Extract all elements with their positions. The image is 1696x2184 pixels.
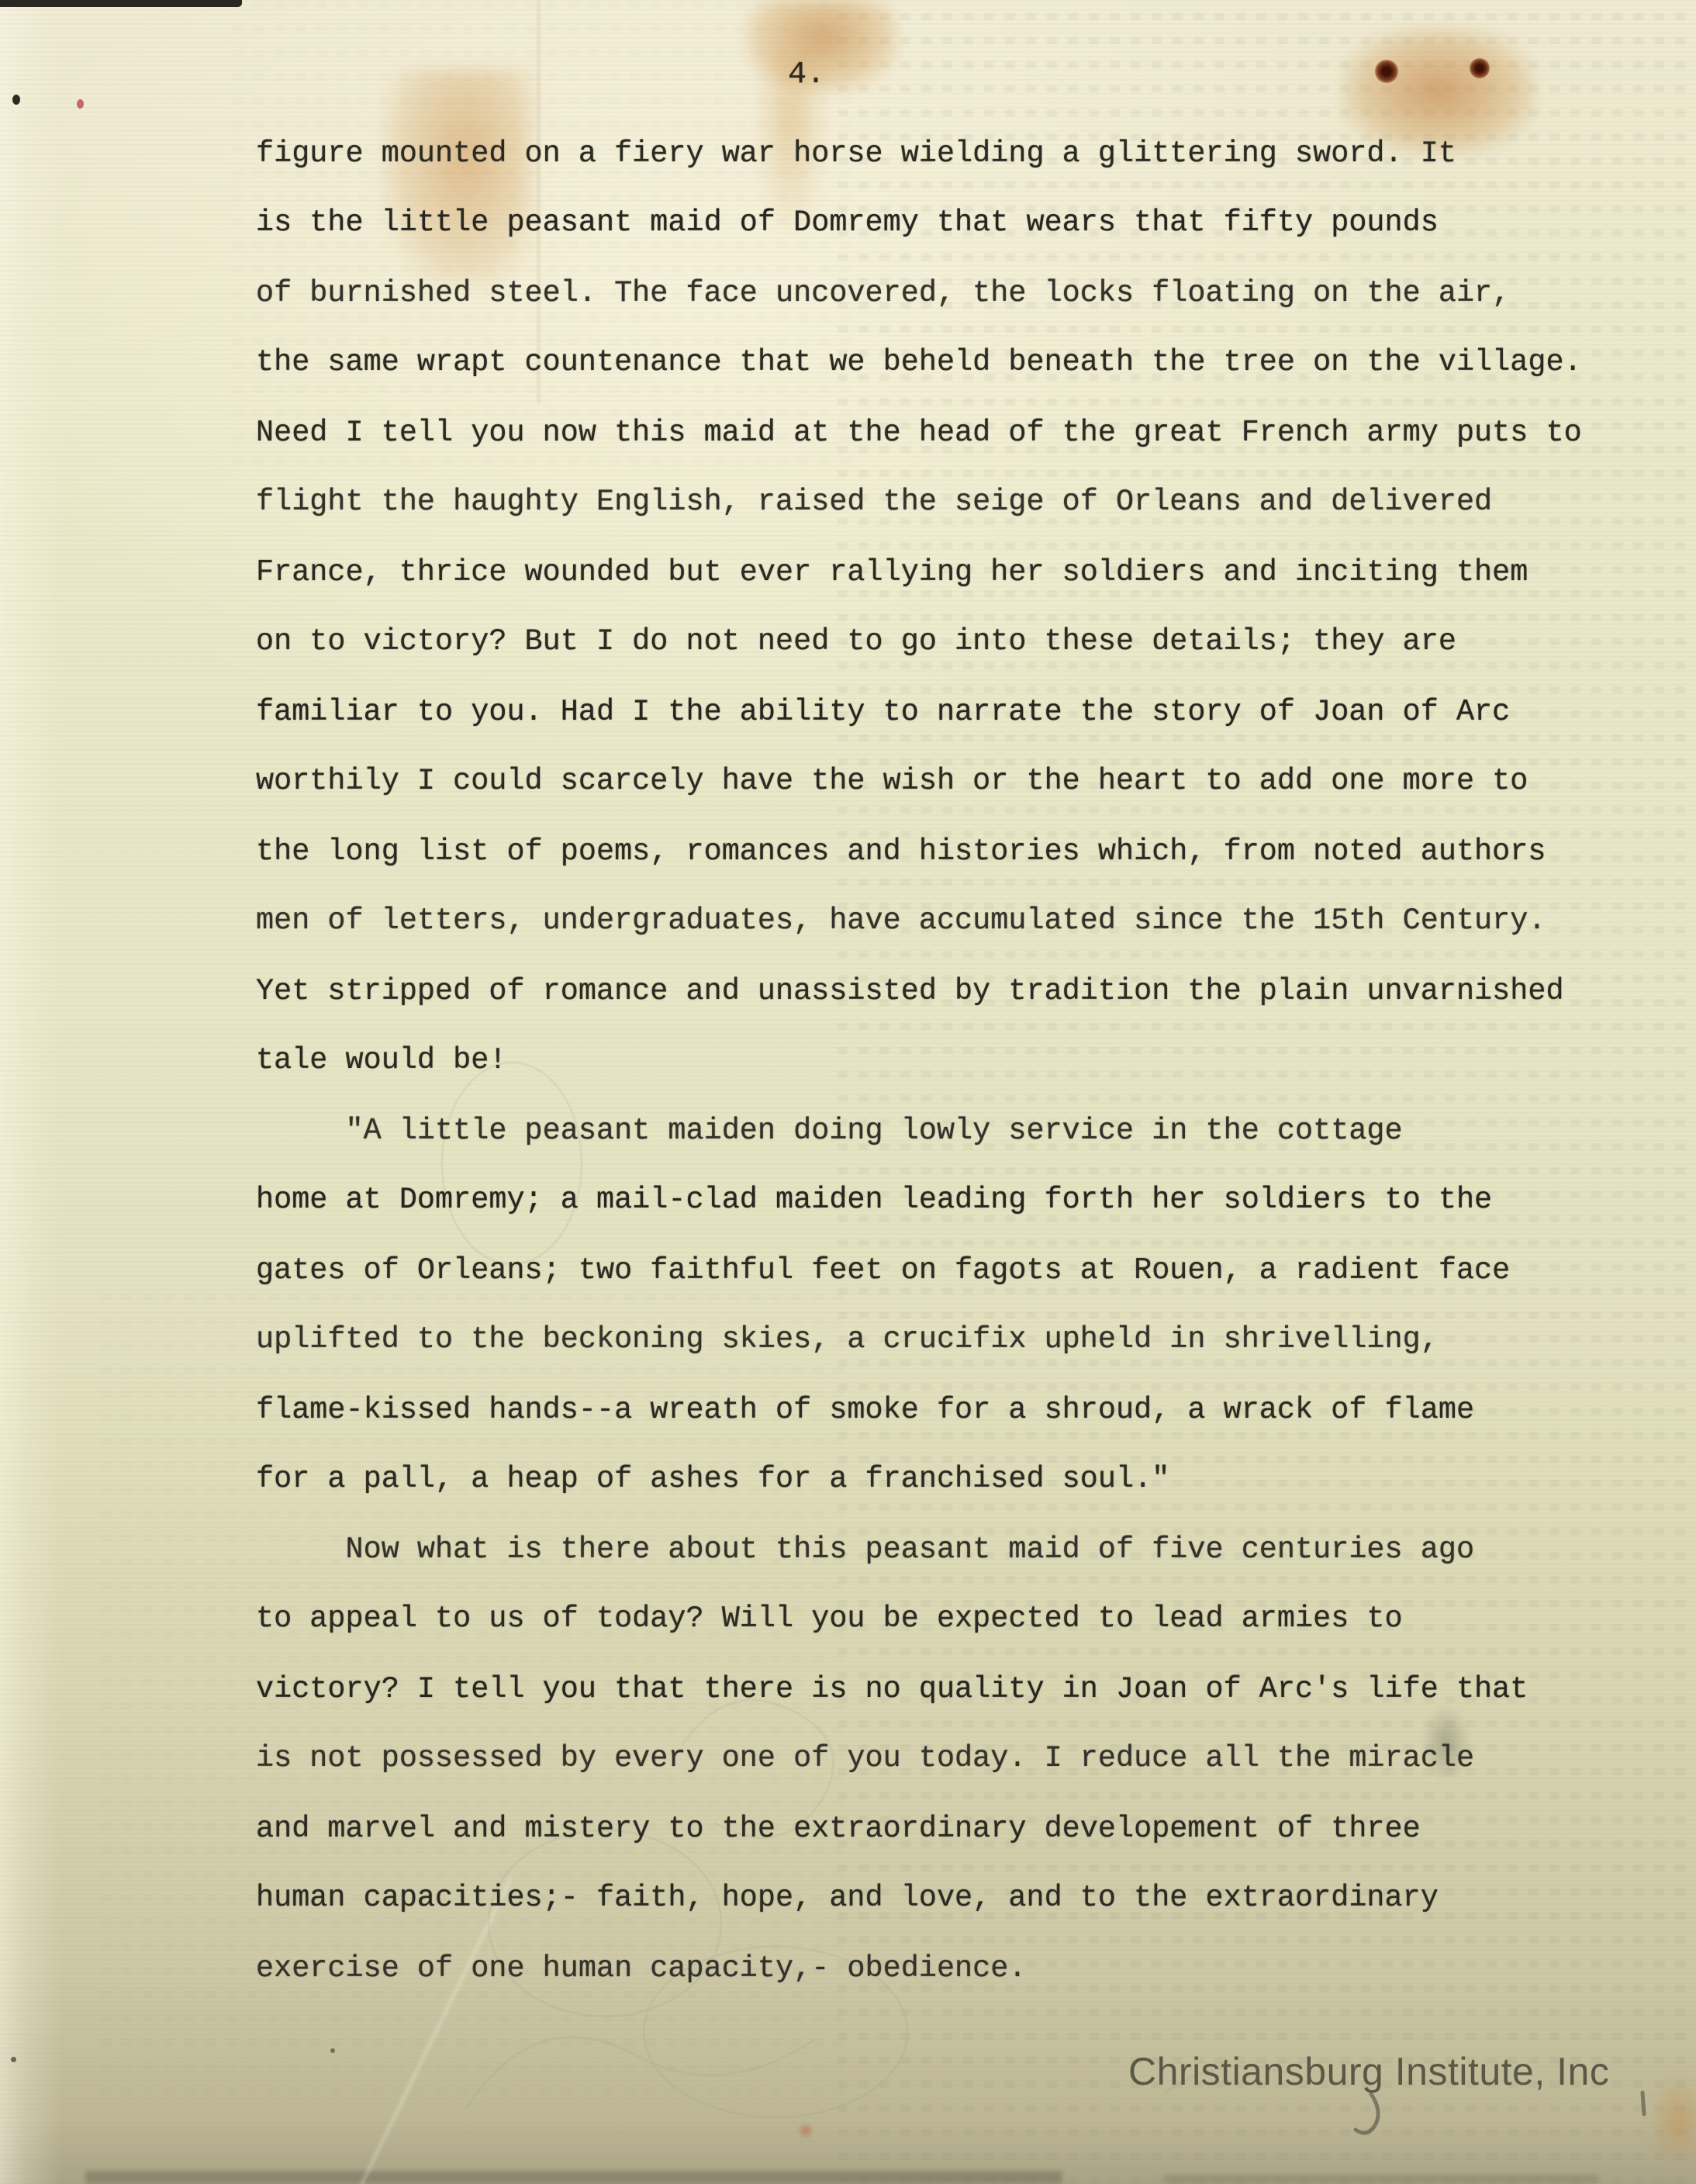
text-line: is the little peasant maid of Domremy th… (256, 188, 1621, 257)
text-line: Now what is there about this peasant mai… (256, 1515, 1621, 1584)
text-line: to appeal to us of today? Will you be ex… (256, 1584, 1621, 1654)
red-ink-dot (77, 99, 84, 109)
text-line: men of letters, undergraduates, have acc… (256, 886, 1621, 955)
stain-bottom-right-edge (1652, 2079, 1696, 2164)
text-line: tale would be! (256, 1025, 1621, 1095)
text-line: familiar to you. Had I the ability to na… (256, 677, 1621, 747)
archive-watermark: Christiansburg Institute, Inc (1128, 2049, 1656, 2094)
text-line: for a pall, a heap of ashes for a franch… (256, 1444, 1621, 1514)
text-line: victory? I tell you that there is no qua… (256, 1654, 1621, 1724)
page-number: 4. (788, 57, 825, 92)
text-line: the same wrapt countenance that we behel… (256, 327, 1621, 397)
text-line: human capacities;- faith, hope, and love… (256, 1863, 1621, 1933)
burn-speck-left (1375, 60, 1398, 83)
text-line: on to victory? But I do not need to go i… (256, 606, 1621, 676)
text-line: and marvel and mistery to the extraordin… (256, 1794, 1621, 1864)
burn-speck-right (1470, 58, 1490, 78)
paper-fleck (11, 2057, 16, 2062)
text-line: Yet stripped of romance and unassisted b… (256, 956, 1621, 1026)
small-stain-bottom (797, 2122, 814, 2139)
text-line: "A little peasant maiden doing lowly ser… (256, 1096, 1621, 1166)
scan-edge-artifact (0, 0, 242, 7)
text-line: is not possessed by every one of you tod… (256, 1723, 1621, 1793)
text-line: the long list of poems, romances and his… (256, 817, 1621, 886)
text-line: home at Domremy; a mail-clad maiden lead… (256, 1165, 1621, 1235)
text-line: France, thrice wounded but ever rallying… (256, 537, 1621, 607)
text-line: uplifted to the beckoning skies, a cruci… (256, 1305, 1621, 1374)
text-line: exercise of one human capacity,- obedien… (256, 1933, 1621, 2003)
typed-text-body: figure mounted on a fiery war horse wiel… (256, 118, 1621, 2003)
scan-bottom-shadow (85, 2171, 1062, 2184)
paper-fleck (330, 2048, 335, 2053)
text-line: figure mounted on a fiery war horse wiel… (256, 119, 1621, 188)
text-line: flame-kissed hands--a wreath of smoke fo… (256, 1375, 1621, 1445)
text-line: worthily I could scarcely have the wish … (256, 746, 1621, 816)
scan-bottom-shadow (1163, 2175, 1598, 2184)
ink-dot (12, 95, 20, 105)
text-line: gates of Orleans; two faithful feet on f… (256, 1235, 1621, 1305)
text-line: of burnished steel. The face uncovered, … (256, 258, 1621, 328)
text-line: flight the haughty English, raised the s… (256, 467, 1621, 537)
scanned-document-page: 4. figure mounted on a fiery war horse w… (0, 0, 1696, 2184)
text-line: Need I tell you now this maid at the hea… (256, 398, 1621, 468)
